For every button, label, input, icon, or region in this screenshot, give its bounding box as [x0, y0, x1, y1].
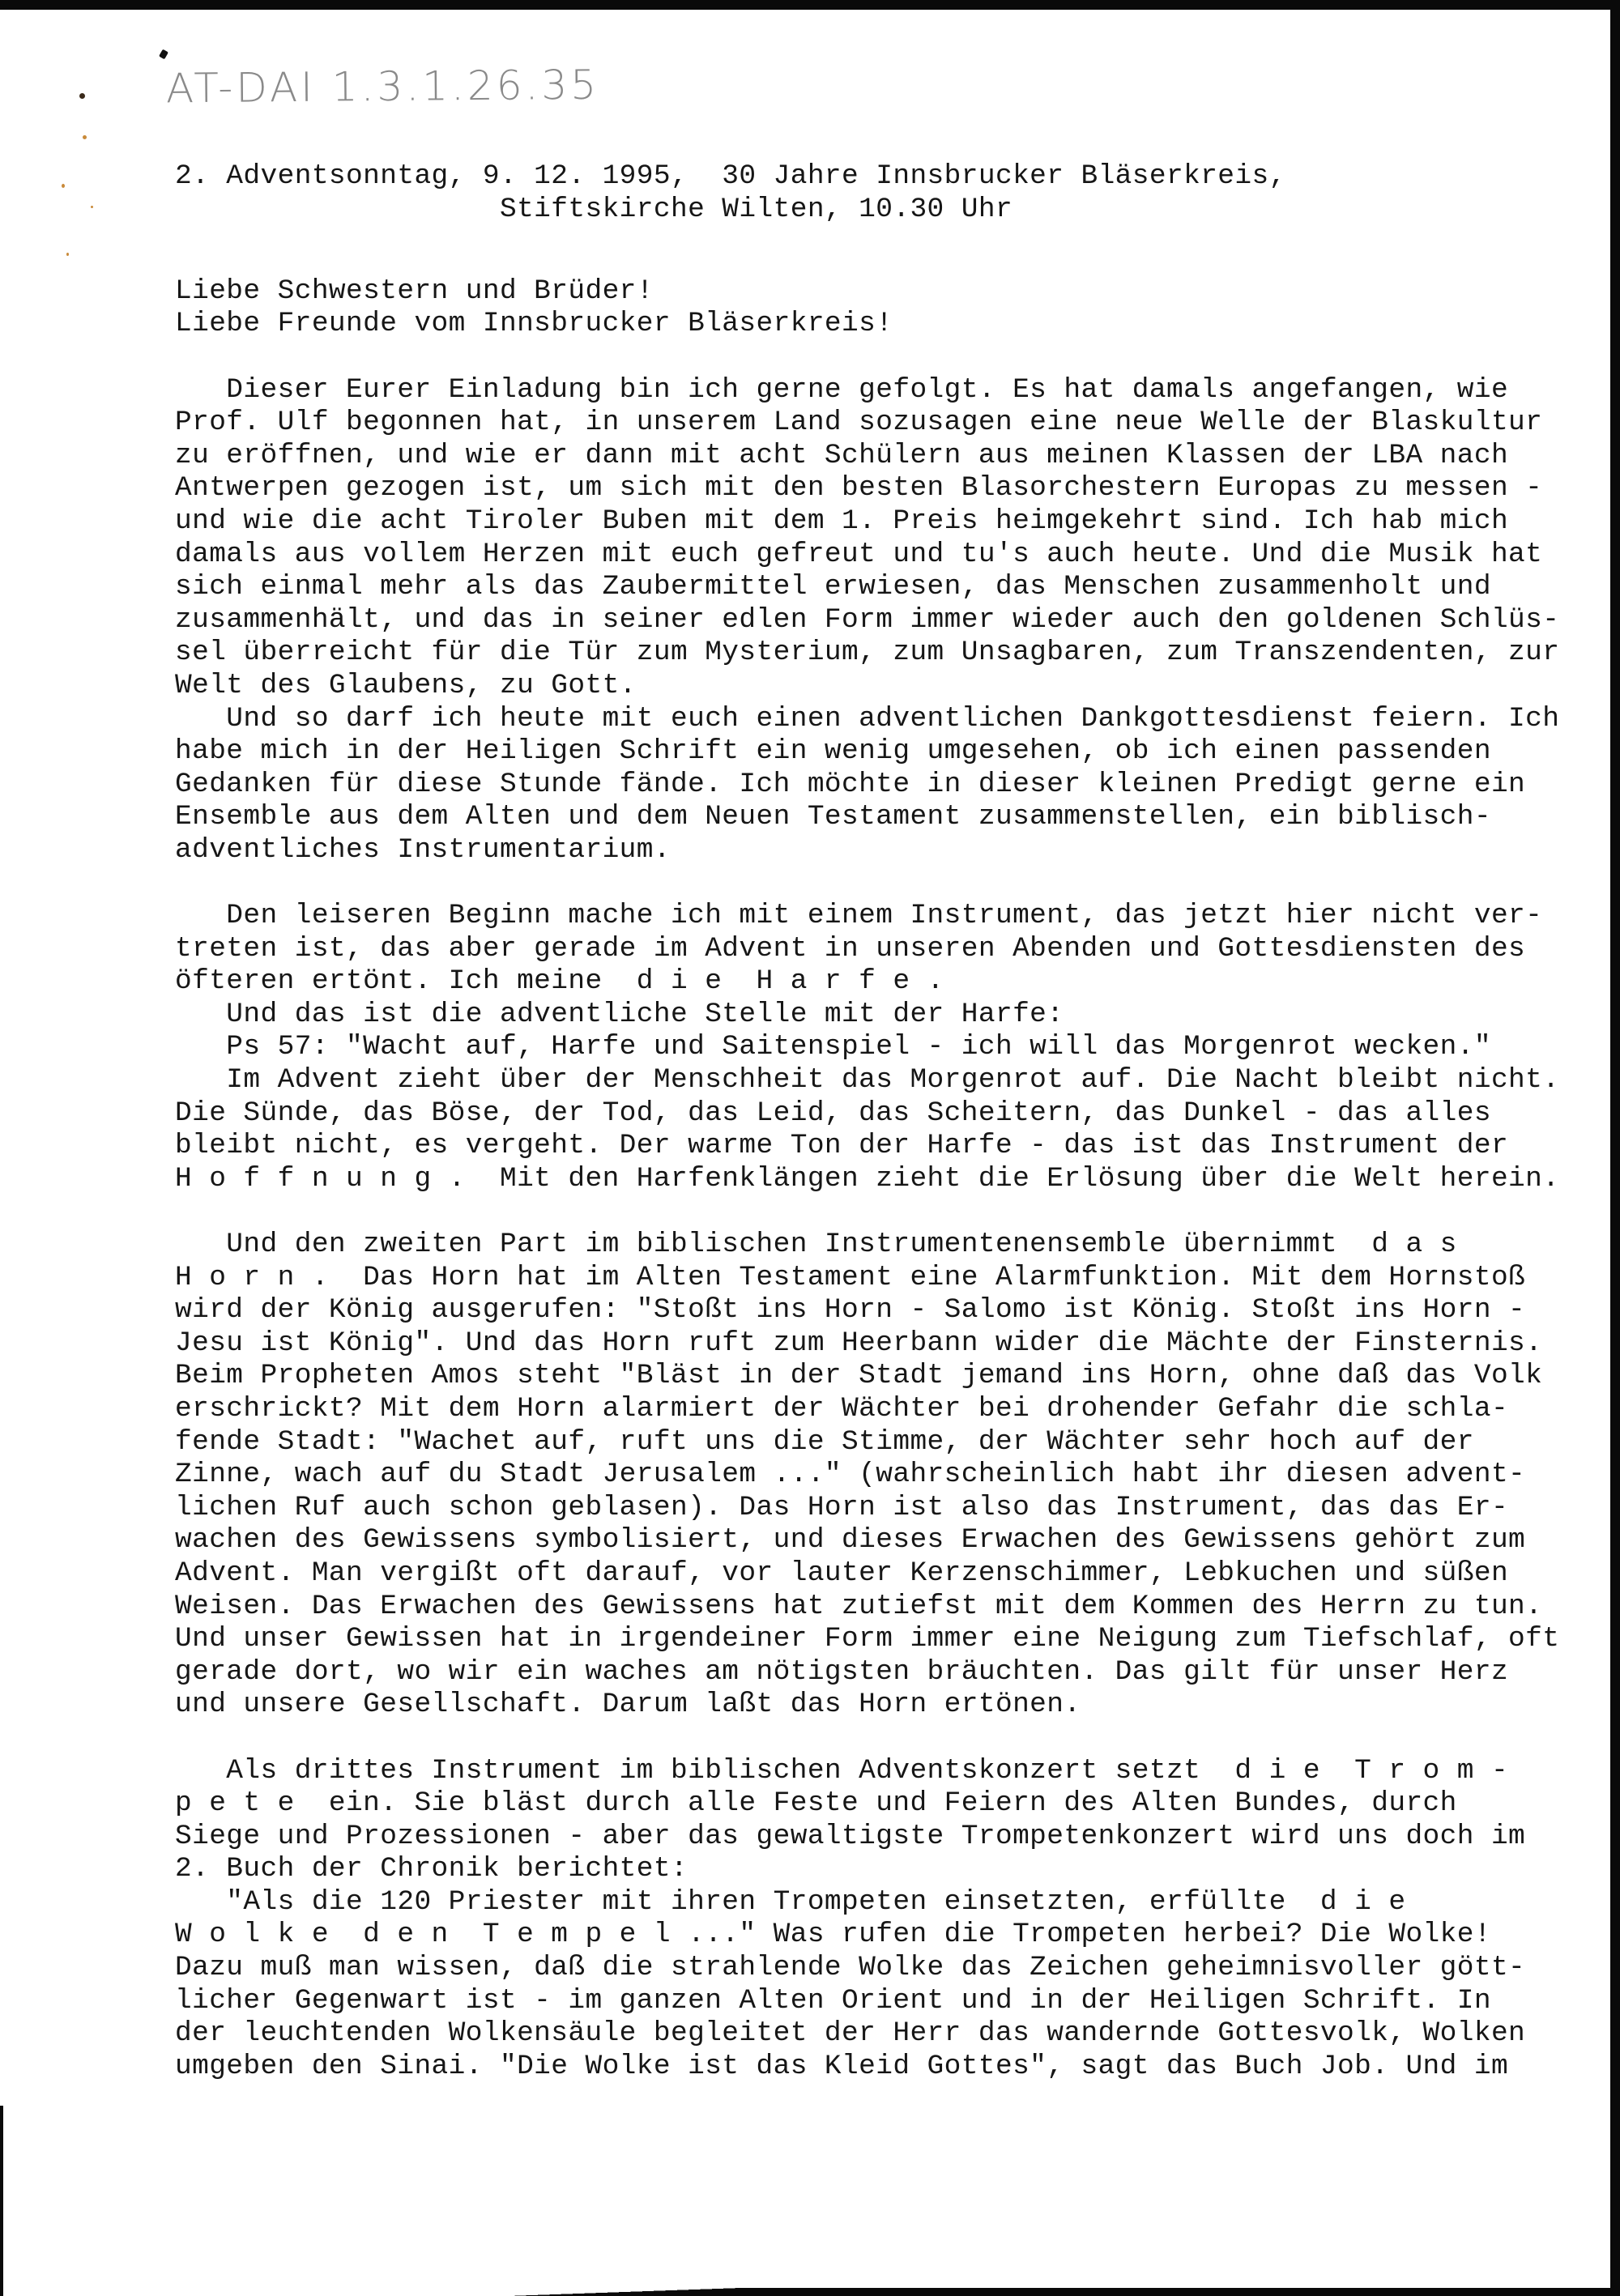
text-line: und unsere Gesellschaft. Darum laßt das …: [175, 1689, 1503, 1722]
text-line: Antwerpen gezogen ist, um sich mit den b…: [175, 472, 1503, 505]
text-line: Advent. Man vergißt oft darauf, vor laut…: [175, 1557, 1503, 1591]
text-line: bleibt nicht, es vergeht. Der warme Ton …: [175, 1130, 1503, 1163]
scan-border-left: [0, 2106, 3, 2296]
text-line: W o l k e d e n T e m p e l ..." Was ruf…: [175, 1919, 1503, 1952]
text-line: Und so darf ich heute mit euch einen adv…: [175, 703, 1503, 736]
text-line: Und den zweiten Part im biblischen Instr…: [175, 1229, 1503, 1262]
text-line: Die Sünde, das Böse, der Tod, das Leid, …: [175, 1097, 1503, 1131]
text-line: öfteren ertönt. Ich meine d i e H a r f …: [175, 965, 1503, 999]
paragraph-intro: Dieser Eurer Einladung bin ich gerne gef…: [175, 374, 1503, 867]
staple-mark: [159, 49, 168, 60]
rust-speck: [62, 184, 65, 188]
text-line: Dieser Eurer Einladung bin ich gerne gef…: [175, 374, 1503, 407]
text-line: erschrickt? Mit dem Horn alarmiert der W…: [175, 1393, 1503, 1426]
text-line: gerade dort, wo wir ein waches am nötigs…: [175, 1656, 1503, 1689]
text-line: Beim Propheten Amos steht "Bläst in der …: [175, 1360, 1503, 1393]
text-line: Zinne, wach auf du Stadt Jerusalem ..." …: [175, 1459, 1503, 1492]
text-line: wachen des Gewissens symbolisiert, und d…: [175, 1524, 1503, 1557]
text-line: habe mich in der Heiligen Schrift ein we…: [175, 735, 1503, 769]
salutation-line: Liebe Schwestern und Brüder!: [175, 275, 1503, 309]
text-line: H o f f n u n g . Mit den Harfenklängen …: [175, 1163, 1503, 1196]
text-line: Im Advent zieht über der Menschheit das …: [175, 1064, 1503, 1097]
text-line: Und unser Gewissen hat in irgendeiner Fo…: [175, 1623, 1503, 1656]
text-line: umgeben den Sinai. "Die Wolke ist das Kl…: [175, 2051, 1503, 2084]
text-line: zu eröffnen, und wie er dann mit acht Sc…: [175, 440, 1503, 473]
text-line: sich einmal mehr als das Zaubermittel er…: [175, 571, 1503, 604]
scan-border-right: [1610, 0, 1620, 2296]
text-line: Als drittes Instrument im biblischen Adv…: [175, 1755, 1503, 1788]
text-line: Ensemble aus dem Alten und dem Neuen Tes…: [175, 801, 1503, 834]
text-line: lichen Ruf auch schon geblasen). Das Hor…: [175, 1492, 1503, 1525]
archive-signature: AT-DAI 1.3.1.26.35: [166, 62, 600, 113]
text-line: Dazu muß man wissen, daß die strahlende …: [175, 1952, 1503, 1985]
header-line: 2. Adventsonntag, 9. 12. 1995, 30 Jahre …: [175, 160, 1503, 194]
text-line: Jesu ist König". Und das Horn ruft zum H…: [175, 1327, 1503, 1361]
text-line: Prof. Ulf begonnen hat, in unserem Land …: [175, 407, 1503, 440]
text-line: Weisen. Das Erwachen des Gewissens hat z…: [175, 1591, 1503, 1624]
scan-border-bottom: [0, 2288, 1620, 2296]
text-line: treten ist, das aber gerade im Advent in…: [175, 933, 1503, 966]
text-line: Und das ist die adventliche Stelle mit d…: [175, 999, 1503, 1032]
text-line: und wie die acht Tiroler Buben mit dem 1…: [175, 505, 1503, 539]
text-line: damals aus vollem Herzen mit euch gefreu…: [175, 539, 1503, 572]
paragraph-trompete: Als drittes Instrument im biblischen Adv…: [175, 1755, 1503, 2084]
text-line: Ps 57: "Wacht auf, Harfe und Saitenspiel…: [175, 1031, 1503, 1064]
text-line: zusammenhält, und das in seiner edlen Fo…: [175, 604, 1503, 637]
salutation-line: Liebe Freunde vom Innsbrucker Bläserkrei…: [175, 308, 1503, 341]
paragraph-horn: Und den zweiten Part im biblischen Instr…: [175, 1229, 1503, 1722]
text-line: der leuchtenden Wolkensäule begleitet de…: [175, 2017, 1503, 2051]
rust-speck: [79, 93, 85, 99]
text-line: p e t e ein. Sie bläst durch alle Feste …: [175, 1787, 1503, 1821]
text-line: adventliches Instrumentarium.: [175, 834, 1503, 867]
text-line: fende Stadt: "Wachet auf, ruft uns die S…: [175, 1426, 1503, 1459]
text-line: sel überreicht für die Tür zum Mysterium…: [175, 637, 1503, 670]
text-line: 2. Buch der Chronik berichtet:: [175, 1853, 1503, 1886]
text-line: licher Gegenwart ist - im ganzen Alten O…: [175, 1985, 1503, 2018]
sermon-page: 2. Adventsonntag, 9. 12. 1995, 30 Jahre …: [175, 160, 1503, 2083]
rust-speck: [91, 206, 93, 208]
rust-speck: [83, 135, 87, 139]
text-line: Welt des Glaubens, zu Gott.: [175, 670, 1503, 703]
text-line: Den leiseren Beginn mache ich mit einem …: [175, 900, 1503, 933]
header-line: Stiftskirche Wilten, 10.30 Uhr: [175, 194, 1503, 227]
text-line: "Als die 120 Priester mit ihren Trompete…: [175, 1886, 1503, 1919]
text-line: Gedanken für diese Stunde fände. Ich möc…: [175, 769, 1503, 802]
text-line: H o r n . Das Horn hat im Alten Testamen…: [175, 1262, 1503, 1295]
scan-border-top: [0, 0, 1620, 10]
text-line: wird der König ausgerufen: "Stoßt ins Ho…: [175, 1294, 1503, 1327]
text-line: Siege und Prozessionen - aber das gewalt…: [175, 1821, 1503, 1854]
rust-speck: [66, 253, 69, 256]
paragraph-harfe: Den leiseren Beginn mache ich mit einem …: [175, 900, 1503, 1195]
